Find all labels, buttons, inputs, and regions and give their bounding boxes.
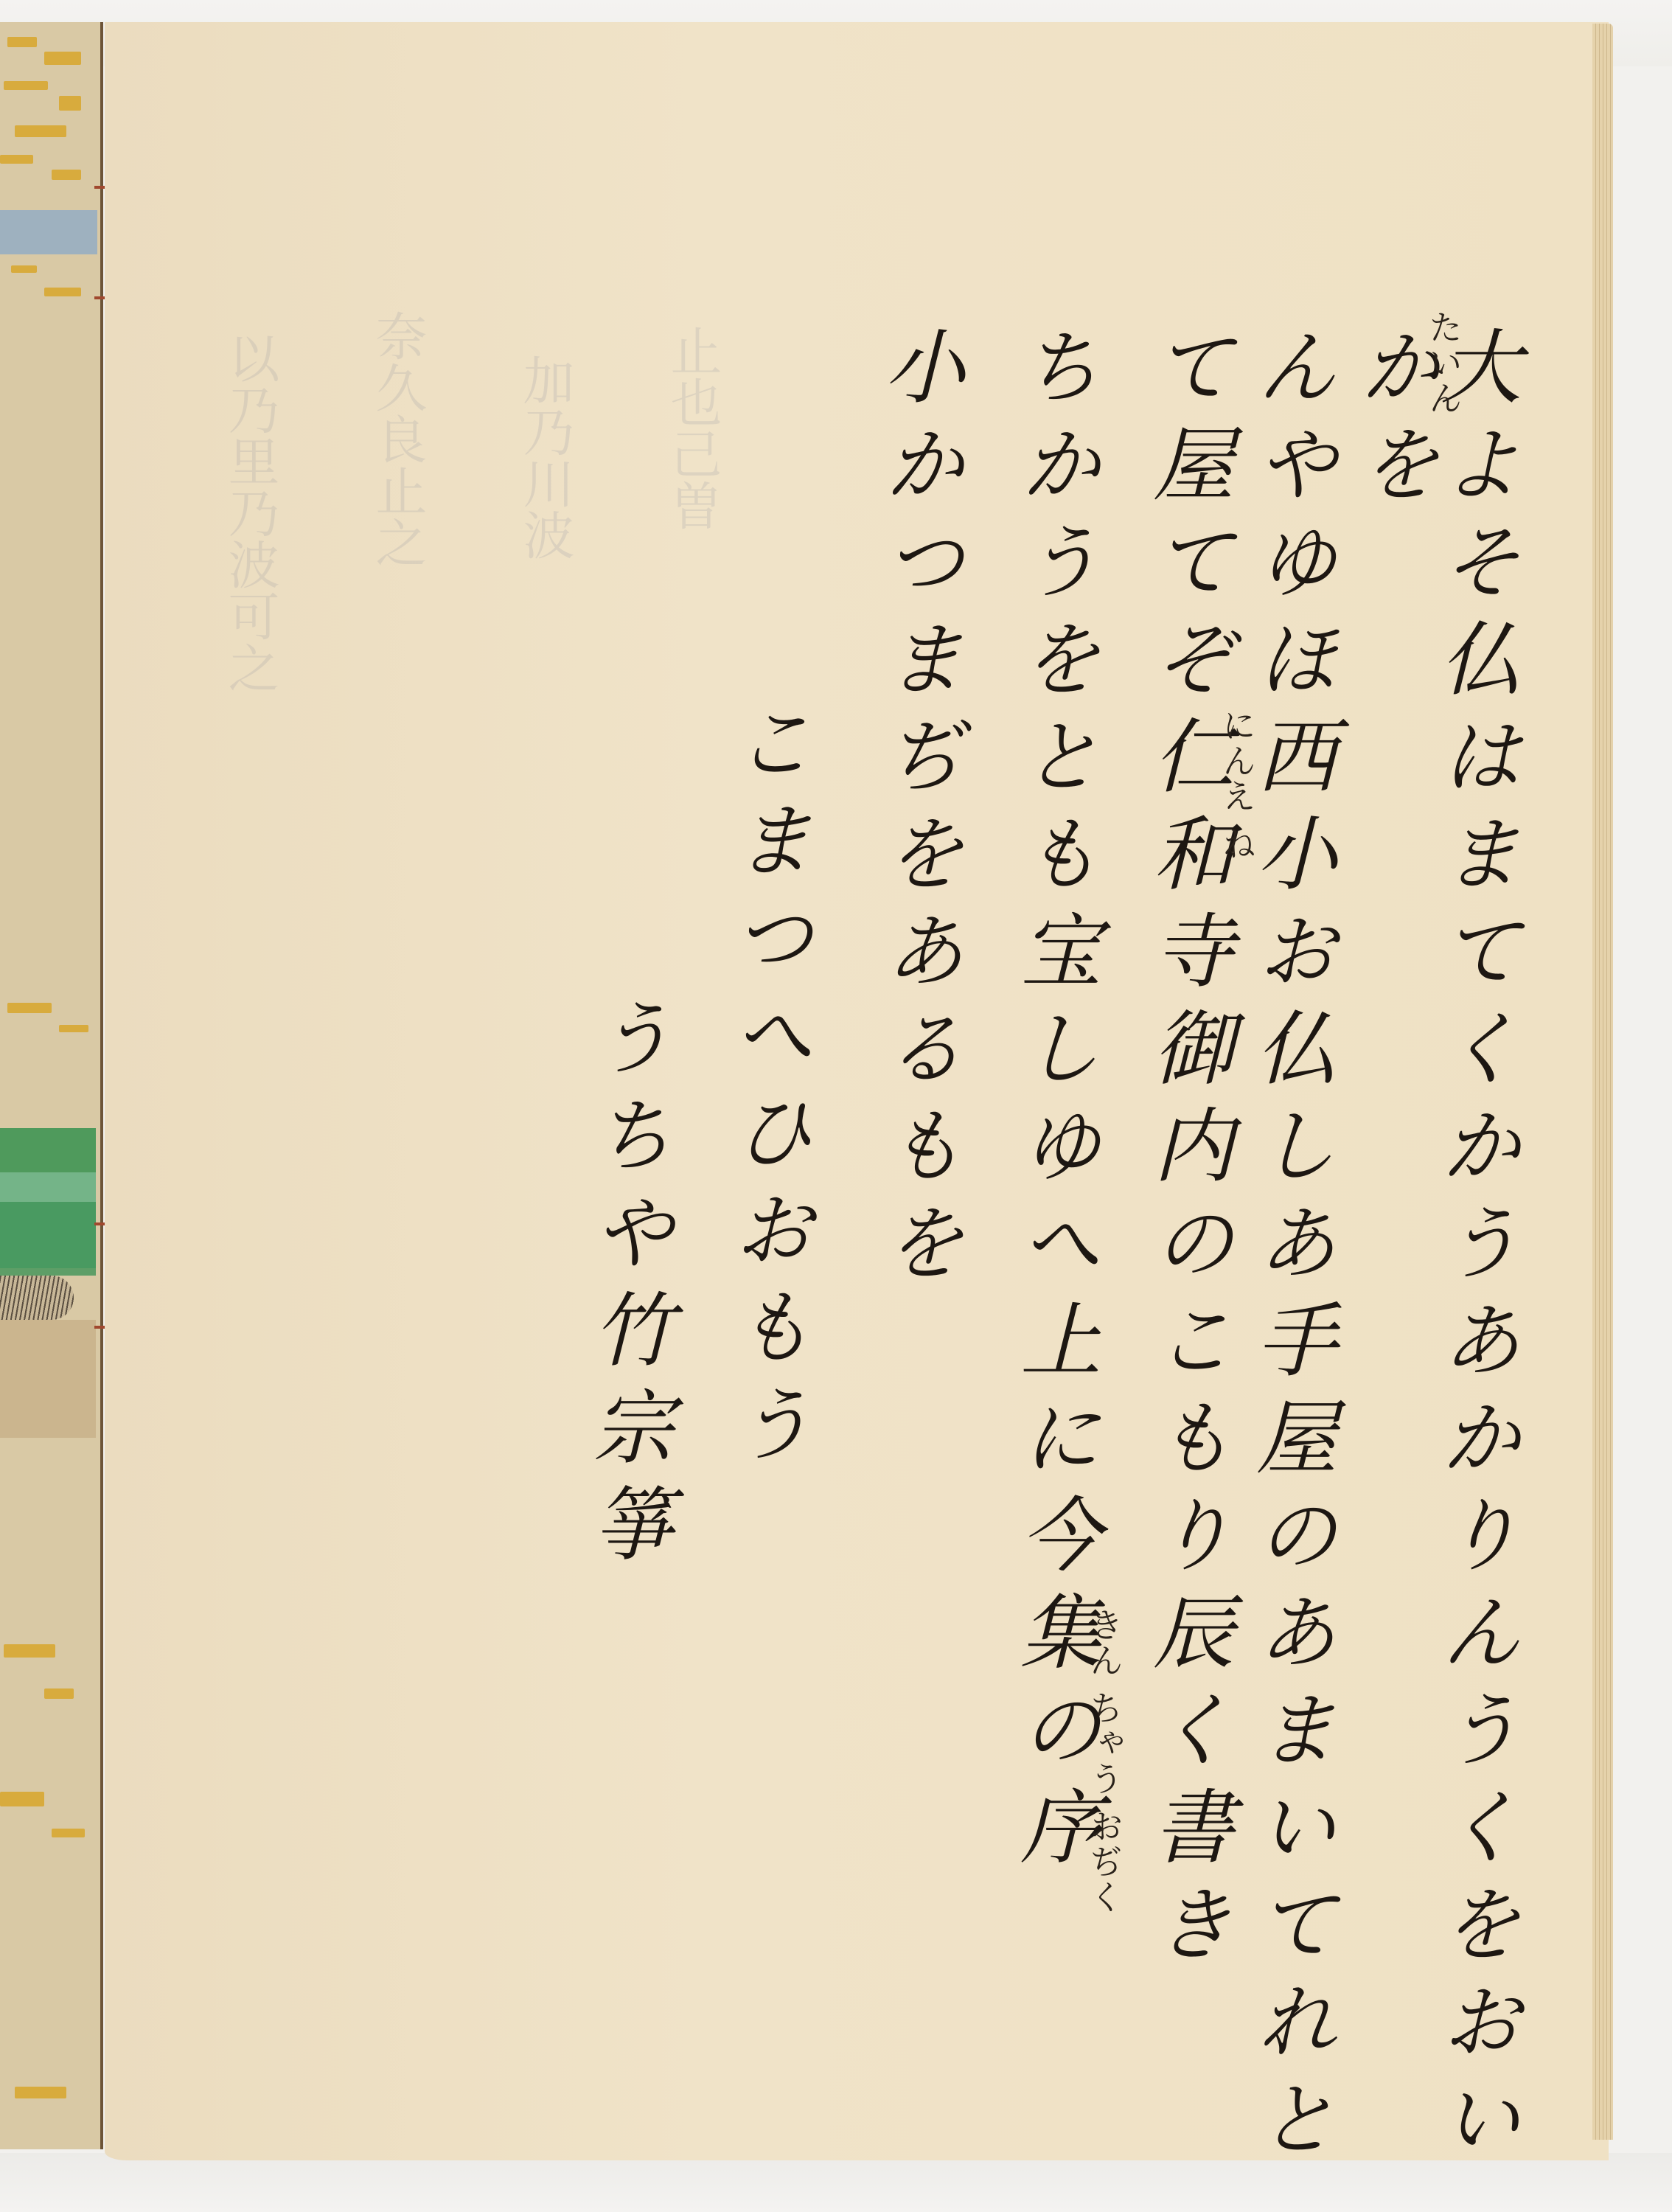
page-edges bbox=[1592, 24, 1613, 2140]
ruby-annotation: たいん bbox=[1419, 310, 1468, 416]
text-column-3: て屋てぞ仁和寺御内のこもり辰く書き bbox=[1146, 324, 1227, 1979]
painted-landscape bbox=[0, 1128, 96, 1172]
text-column-2: んやゆほ西小お仏しあ手屋のあまいてれと bbox=[1250, 324, 1331, 2174]
show-through-text: 加乃川波 bbox=[516, 354, 573, 560]
ruby-annotation: にんえ ね bbox=[1213, 708, 1261, 862]
painted-ground bbox=[0, 1320, 96, 1438]
ruby-annotation: きん ちゃう おぢく bbox=[1080, 1607, 1129, 1915]
painted-roof bbox=[0, 210, 97, 254]
illustrated-facing-page bbox=[0, 22, 103, 2149]
show-through-text: 以乃里乃波可之 bbox=[221, 332, 278, 693]
book-spine bbox=[100, 22, 103, 2149]
text-column-7-signature: うちや竹宗箏 bbox=[586, 995, 667, 1579]
text-column-6: こまつへひおもう bbox=[726, 700, 807, 1479]
painted-figure-hair bbox=[0, 1276, 74, 1320]
painted-landscape-shade bbox=[0, 1202, 96, 1276]
text-column-5: 小かつまぢをあるもを bbox=[877, 324, 958, 1298]
show-through-text: 奈久良止之 bbox=[369, 310, 425, 568]
show-through-text: 止也己曽 bbox=[663, 324, 720, 531]
text-column-1: 大よそ仏はまてくかうあかりんうくをおいかを bbox=[1353, 324, 1515, 2212]
